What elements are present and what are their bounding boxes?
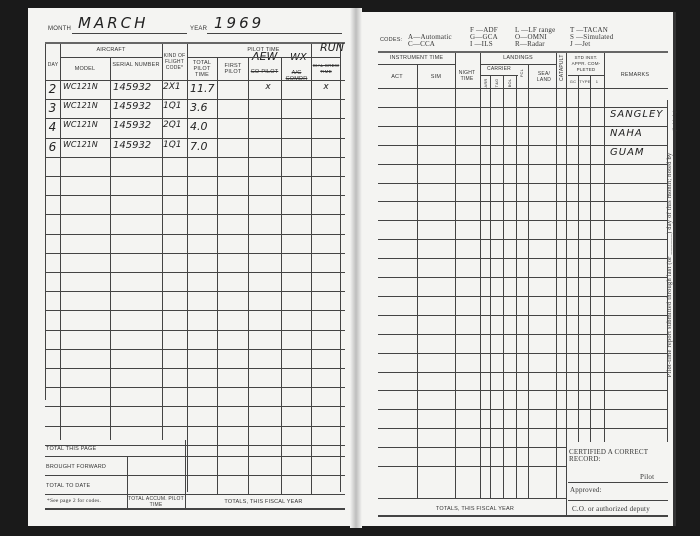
- row-model: WC121N: [63, 101, 109, 110]
- row-crew-mark: x: [316, 82, 336, 92]
- certified-label: CERTIFIED A CORRECT RECORD:: [569, 449, 649, 462]
- row-divider: [45, 349, 345, 350]
- row-divider: [378, 353, 668, 354]
- row-divider: [378, 315, 668, 316]
- column-divider: [187, 44, 188, 492]
- remark-entry: NAHA: [610, 128, 643, 139]
- pilot-signature-label: Pilot: [640, 474, 654, 480]
- remark-entry: SANGLEY: [610, 109, 663, 120]
- month-underline: [72, 33, 187, 34]
- co-deputy-label: C.O. or authorized deputy: [572, 506, 650, 512]
- header-tag: T&G: [494, 76, 500, 90]
- row-total-pilot-time: 3.6: [190, 101, 216, 114]
- row-divider: [45, 118, 345, 119]
- header-catapult: CATAPULT: [559, 61, 565, 81]
- header-sea-land: SEA/ LAND: [532, 71, 556, 83]
- row-divider: [45, 426, 345, 427]
- pilot-time-subrule: [187, 57, 340, 58]
- row-divider: [378, 183, 668, 184]
- header-bol: BOL: [507, 76, 513, 90]
- header-crew-time: CIAL CREW TIME: [312, 63, 340, 75]
- column-divider: [110, 57, 111, 440]
- year-value: 1969: [214, 14, 264, 32]
- column-divider: [480, 53, 481, 498]
- row-serial: 145932: [113, 82, 161, 93]
- column-divider: [503, 75, 504, 498]
- column-divider: [60, 44, 61, 440]
- book-spine: [350, 8, 362, 528]
- table-top-rule: [45, 42, 345, 44]
- row-serial: 145932: [113, 101, 161, 112]
- total-to-date-label: TOTAL TO DATE: [46, 483, 90, 489]
- column-divider: [311, 44, 312, 475]
- row-total-pilot-time: 7.0: [190, 140, 216, 153]
- header-serial: SERIAL NUMBER: [112, 62, 160, 68]
- row-divider: [45, 214, 345, 215]
- row-divider: [45, 272, 345, 273]
- right-fiscal-rule: [378, 498, 566, 499]
- column-divider: [281, 57, 282, 475]
- month-label: MONTH: [48, 26, 71, 32]
- header-std-sub1: GC: [567, 79, 579, 85]
- month-value: MARCH: [78, 14, 148, 32]
- row-divider: [45, 310, 345, 311]
- header-model: MODEL: [60, 66, 110, 72]
- header-fcl: FCL: [519, 66, 525, 80]
- row-kind: 1Q1: [163, 101, 187, 111]
- codes-label: CODES:: [380, 37, 402, 43]
- row-divider: [378, 409, 668, 410]
- approved-label: Approved:: [570, 487, 602, 493]
- footer-rule: [45, 475, 345, 476]
- row-divider: [45, 387, 345, 388]
- row-model: WC121N: [63, 82, 109, 91]
- row-divider: [45, 157, 345, 158]
- code-r: R—Radar: [515, 41, 545, 48]
- header-instrument-time: INSTRUMENT TIME: [378, 55, 455, 61]
- aircraft-subrule: [60, 57, 162, 58]
- header-aircraft: AIRCRAFT: [60, 47, 162, 53]
- row-divider: [45, 234, 345, 235]
- footer-divider: [311, 440, 312, 494]
- year-underline: [207, 33, 342, 34]
- row-divider: [378, 372, 668, 373]
- column-divider: [566, 53, 567, 515]
- row-serial: 145932: [113, 120, 161, 131]
- footer-divider: [281, 440, 282, 494]
- header-act: ACT: [378, 74, 416, 80]
- row-divider: [378, 296, 668, 297]
- column-divider: [556, 53, 557, 498]
- header-co-pilot: CO-PILOT: [249, 69, 280, 75]
- column-divider: [248, 57, 249, 475]
- row-divider: [45, 445, 345, 446]
- code-i: I —ILS: [470, 41, 493, 48]
- row-divider: [45, 368, 345, 369]
- footer-rule: [45, 456, 345, 457]
- column-divider: [516, 75, 517, 498]
- row-divider: [378, 164, 668, 165]
- row-kind: 2Q1: [163, 120, 187, 130]
- total-this-page-label: TOTAL THIS PAGE: [46, 446, 96, 452]
- header-kind: KIND OF FLIGHT CODE*: [162, 53, 187, 71]
- column-divider: [217, 57, 218, 475]
- see-page-note: *See page 2 for codes.: [47, 498, 101, 504]
- row-divider: [45, 80, 345, 81]
- row-divider: [378, 201, 668, 202]
- brought-forward-label: BROUGHT FORWARD: [46, 464, 106, 470]
- header-carrier: CARRIER: [480, 66, 518, 72]
- code-j: J —Jet: [570, 41, 590, 48]
- row-kind: 1Q1: [163, 140, 187, 150]
- footer-divider: [217, 440, 218, 494]
- row-kind: 2X1: [163, 82, 187, 92]
- pilot-line: [568, 482, 668, 483]
- row-serial: 145932: [113, 140, 161, 151]
- row-divider: [378, 428, 668, 429]
- year-label: YEAR: [190, 26, 207, 32]
- initials-label: (initials): [672, 101, 678, 141]
- row-divider: [45, 176, 345, 177]
- row-divider: [45, 195, 345, 196]
- column-divider: [604, 53, 605, 442]
- header-sim: SIM: [417, 74, 455, 80]
- row-divider: [378, 239, 668, 240]
- header-first-pilot: FIRST PILOT: [218, 63, 248, 75]
- footer-rule: [45, 494, 345, 495]
- row-day: 3: [46, 101, 59, 115]
- co-line: [568, 500, 668, 501]
- footer-divider: [248, 440, 249, 494]
- row-co-pilot-mark: x: [258, 82, 278, 92]
- code-c: C—CCA: [408, 41, 435, 48]
- row-divider: [378, 466, 566, 467]
- footer-bottom-rule: [45, 508, 345, 510]
- row-model: WC121N: [63, 140, 109, 149]
- row-divider: [45, 406, 345, 407]
- totals-fiscal-year-right: TOTALS, THIS FISCAL YEAR: [415, 506, 535, 512]
- header-remarks: REMARKS: [604, 72, 666, 78]
- header-day: DAY: [45, 62, 61, 68]
- row-model: WC121N: [63, 120, 109, 129]
- footer-divider: [127, 456, 128, 509]
- header-std-inst: STD INST. APPR. COM- PLETED: [568, 55, 604, 73]
- column-divider: [490, 75, 491, 498]
- row-divider: [378, 277, 668, 278]
- row-day: 2: [46, 82, 59, 96]
- row-total-pilot-time: 4.0: [190, 120, 216, 133]
- header-std-sub3: 1: [591, 79, 603, 85]
- header-landings: LANDINGS: [480, 55, 556, 61]
- row-day: 4: [46, 120, 59, 134]
- row-divider: [45, 99, 345, 100]
- total-accum-label: TOTAL ACCUM. PILOT TIME: [128, 496, 184, 508]
- column-divider: [45, 44, 46, 400]
- footer-divider: [185, 440, 186, 509]
- right-bottom-rule: [378, 515, 668, 517]
- row-divider: [45, 330, 345, 331]
- row-total-pilot-time: 11.7: [190, 82, 216, 95]
- column-divider: [590, 75, 591, 442]
- header-night-time: NIGHT TIME: [455, 70, 479, 82]
- side-note-rule: [667, 100, 668, 442]
- row-divider: [378, 390, 668, 391]
- row-divider: [378, 220, 668, 221]
- row-divider: [378, 334, 668, 335]
- row-divider: [45, 291, 345, 292]
- column-divider: [455, 53, 456, 498]
- row-divider: [45, 253, 345, 254]
- column-divider: [578, 75, 579, 442]
- remark-entry: GUAM: [610, 147, 645, 158]
- landings-subrule: [480, 64, 556, 65]
- right-table-top-rule: [378, 51, 668, 53]
- row-divider: [378, 107, 668, 108]
- header-total-pilot-time: TOTAL PILOT TIME: [189, 60, 215, 78]
- header-std-sub2: TYPE: [579, 79, 591, 85]
- row-divider: [378, 447, 566, 448]
- row-divider: [378, 88, 668, 89]
- totals-fiscal-year-left: TOTALS, THIS FISCAL YEAR: [186, 499, 341, 505]
- column-divider: [340, 44, 341, 492]
- column-divider: [417, 64, 418, 498]
- header-arr: ARR: [483, 76, 489, 90]
- column-divider: [528, 64, 529, 498]
- std-inst-subrule: [568, 75, 604, 76]
- row-divider: [378, 258, 668, 259]
- row-day: 6: [46, 140, 59, 154]
